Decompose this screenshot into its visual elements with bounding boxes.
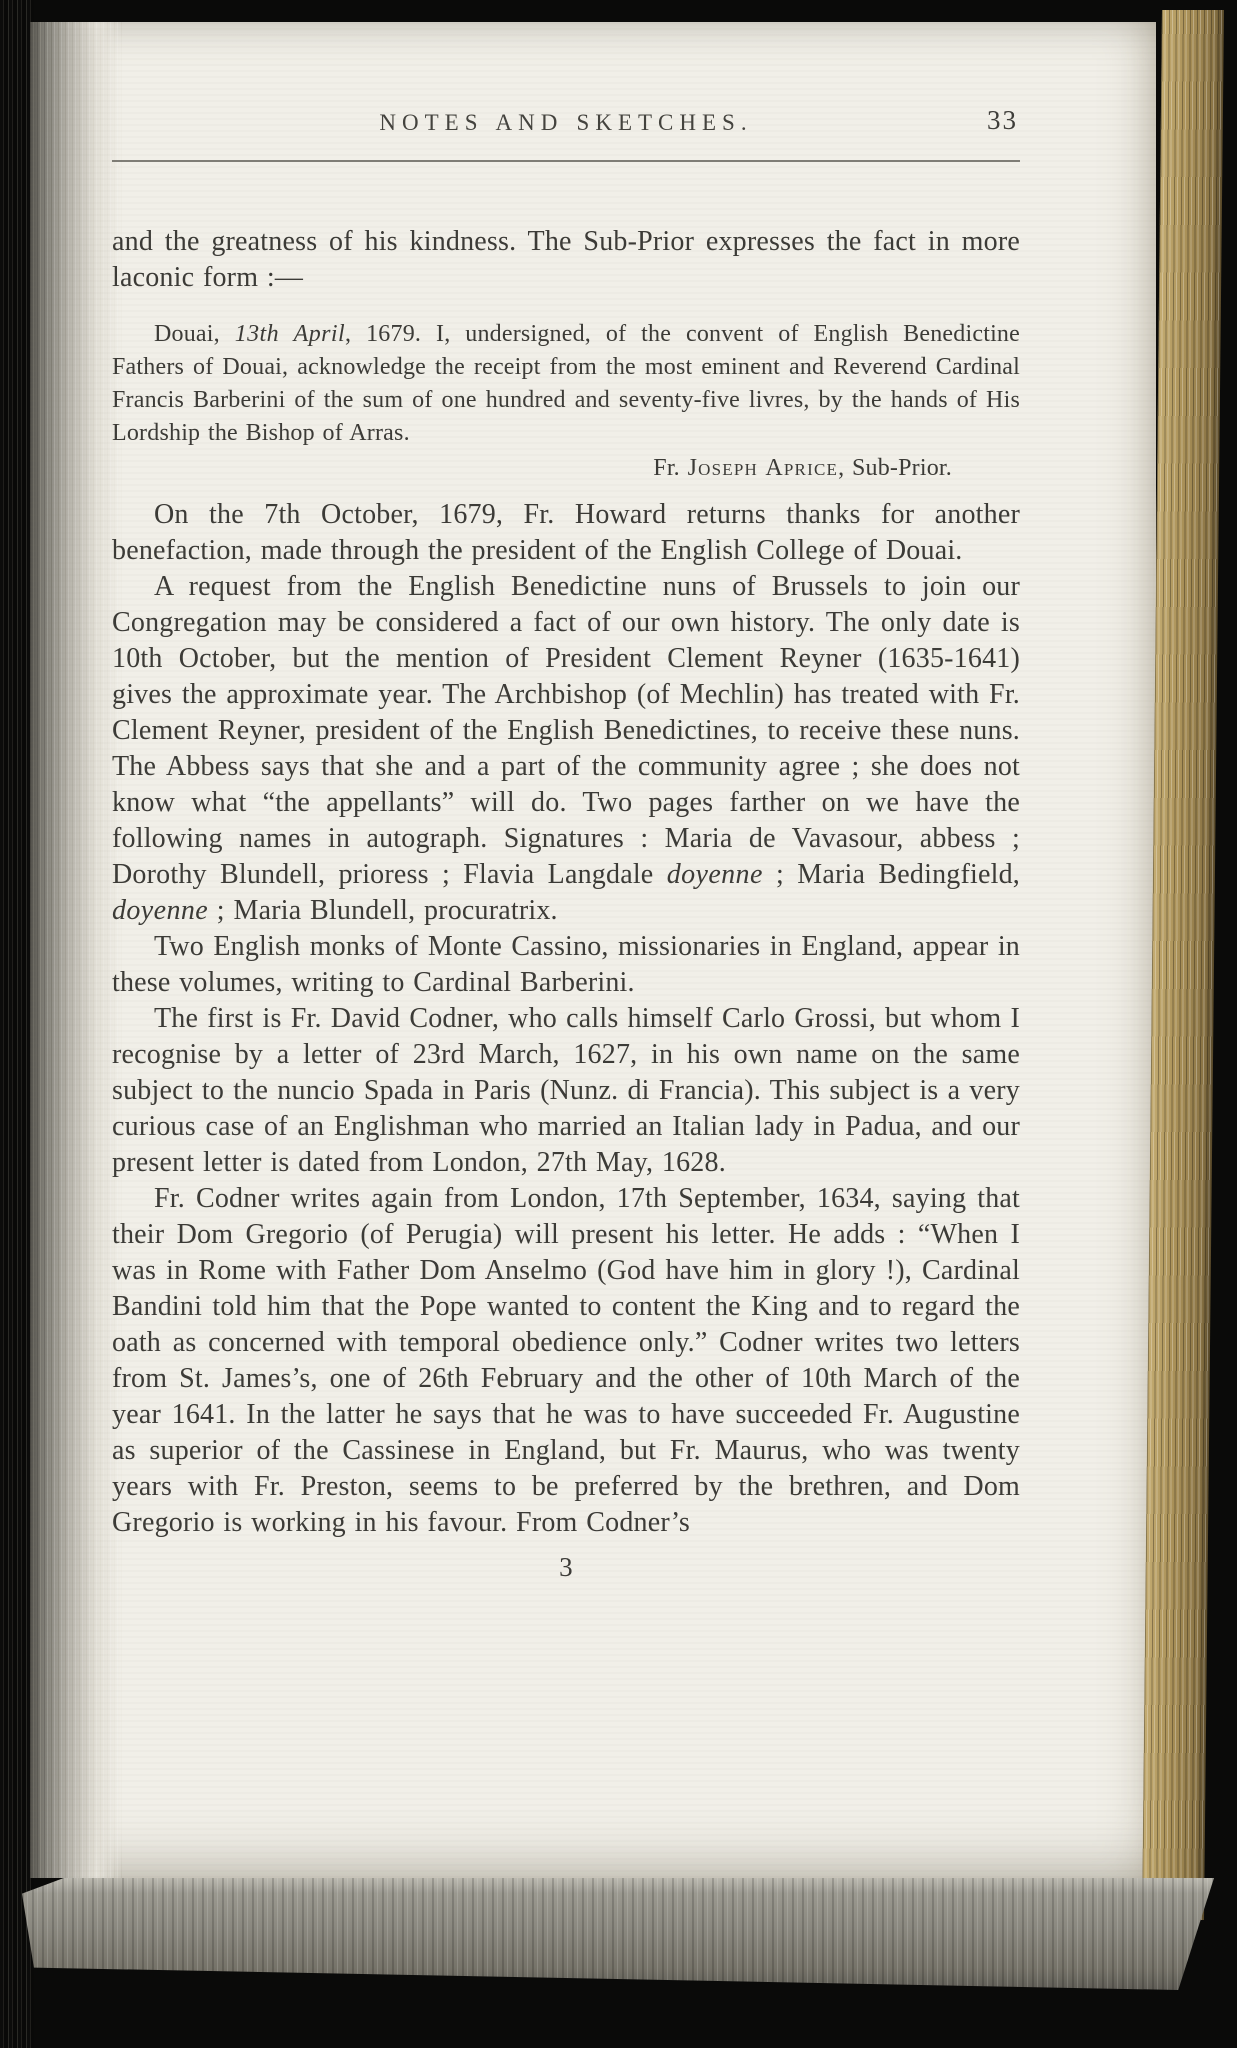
book-photo: NOTES AND SKETCHES. 33 and the greatness… bbox=[0, 0, 1237, 2048]
paragraph: A request from the English Benedictine n… bbox=[112, 569, 1020, 929]
running-head-page-number: 33 bbox=[987, 102, 1018, 138]
paragraph: On the 7th October, 1679, Fr. Howard ret… bbox=[112, 497, 1020, 569]
blockquote-body: Douai, 13th April, 1679. I, undersigned,… bbox=[112, 318, 1020, 450]
blockquote: Douai, 13th April, 1679. I, undersigned,… bbox=[112, 318, 1020, 485]
paragraph: Two English monks of Monte Cassino, miss… bbox=[112, 929, 1020, 1001]
paragraph: The first is Fr. David Codner, who calls… bbox=[112, 1001, 1020, 1181]
running-head: NOTES AND SKETCHES. 33 bbox=[112, 104, 1020, 136]
page-gutter-shadow bbox=[30, 22, 122, 1878]
blockquote-signature: Fr. Joseph Aprice, Sub-Prior. bbox=[112, 452, 1020, 485]
book-spine-edge bbox=[0, 0, 34, 2048]
bottom-edge-pages bbox=[22, 1878, 1214, 1990]
footer-page-number: 3 bbox=[112, 1549, 1020, 1585]
running-head-title: NOTES AND SKETCHES. bbox=[379, 110, 752, 135]
printed-text-block: NOTES AND SKETCHES. 33 and the greatness… bbox=[112, 104, 1020, 1585]
paragraph: Fr. Codner writes again from London, 17t… bbox=[112, 1181, 1020, 1541]
paragraph: and the greatness of his kindness. The S… bbox=[112, 224, 1020, 296]
book-page: NOTES AND SKETCHES. 33 and the greatness… bbox=[30, 22, 1156, 1878]
head-rule bbox=[112, 160, 1020, 162]
